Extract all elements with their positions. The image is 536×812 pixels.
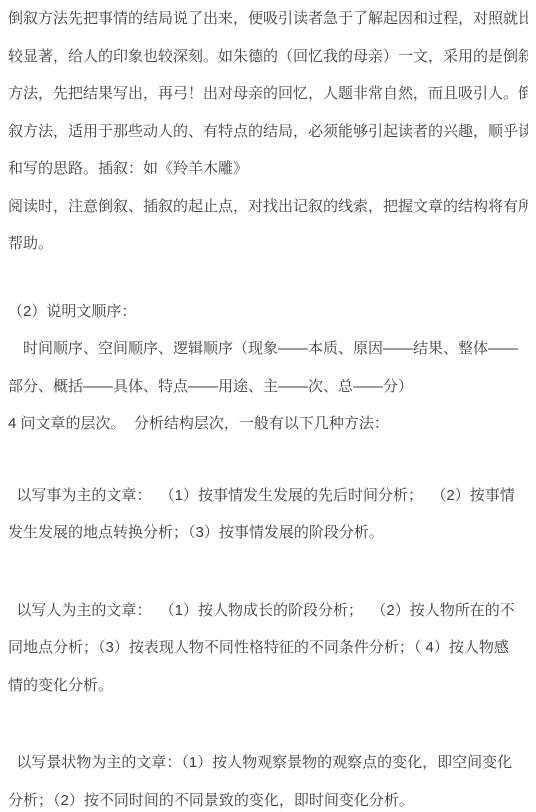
text-line: 分析；（2）按不同时间的不同景致的变化，即时间变化分析。 bbox=[8, 782, 528, 812]
text-line: 4 问文章的层次。 分析结构层次，一般有以下几种方法： bbox=[8, 405, 528, 443]
text-line: 和写的思路。插叙：如《羚羊木雕》 bbox=[8, 150, 528, 188]
text-line: （2）说明文顺序： bbox=[8, 293, 528, 331]
text-line: 帮助。 bbox=[8, 225, 528, 263]
text-line: 以写事为主的文章： （1）按事情发生发展的先后时间分析； （2）按事情 bbox=[8, 477, 528, 515]
text-line: 倒叙方法先把事情的结局说了出来，便吸引读者急于了解起因和过程，对照就比 bbox=[8, 0, 528, 38]
paragraph-expository-order: （2）说明文顺序： 时间顺序、空间顺序、逻辑顺序（现象——本质、原因——结果、整… bbox=[8, 293, 528, 443]
text-line: 时间顺序、空间顺序、逻辑顺序（现象——本质、原因——结果、整体—— bbox=[8, 330, 528, 368]
text-line: 方法，先把结果写出，再弓！出对母亲的回忆，人题非常自然，而且吸引人。倒 bbox=[8, 75, 528, 113]
text-line: 情的变化分析。 bbox=[8, 667, 528, 705]
text-line: 以写景状物为主的文章：（1）按人物观察景物的观察点的变化，即空间变化 bbox=[8, 744, 528, 782]
text-line: 阅读时，注意倒叙、插叙的起止点，对找出记叙的线索，把握文章的结构将有所 bbox=[8, 188, 528, 226]
paragraph-person-articles: 以写人为主的文章： （1）按人物成长的阶段分析； （2）按人物所在的不 同地点分… bbox=[8, 592, 528, 705]
paragraph-event-articles: 以写事为主的文章： （1）按事情发生发展的先后时间分析； （2）按事情 发生发展… bbox=[8, 477, 528, 552]
text-line: 同地点分析；（3）按表现人物不同性格特征的不同条件分析；（ 4）按人物感 bbox=[8, 629, 528, 667]
text-line: 部分、概括——具体、特点——用途、主——次、总——分） bbox=[8, 368, 528, 406]
paragraph-scenery-articles: 以写景状物为主的文章：（1）按人物观察景物的观察点的变化，即空间变化 分析；（2… bbox=[8, 744, 528, 812]
text-line: 以写人为主的文章： （1）按人物成长的阶段分析； （2）按人物所在的不 bbox=[8, 592, 528, 630]
text-line: 叙方法，适用于那些动人的、有特点的结局，必须能够引起读者的兴趣，顺乎读 bbox=[8, 113, 528, 151]
text-line: 发生发展的地点转换分析；（3）按事情发展的阶段分析。 bbox=[8, 514, 528, 552]
text-line: 较显著，给人的印象也较深刻。如朱德的（回忆我的母亲）一文，采用的是倒叙 bbox=[8, 38, 528, 76]
paragraph-flashback-method: 倒叙方法先把事情的结局说了出来，便吸引读者急于了解起因和过程，对照就比 较显著，… bbox=[8, 0, 528, 263]
document-body: 倒叙方法先把事情的结局说了出来，便吸引读者急于了解起因和过程，对照就比 较显著，… bbox=[0, 0, 536, 812]
